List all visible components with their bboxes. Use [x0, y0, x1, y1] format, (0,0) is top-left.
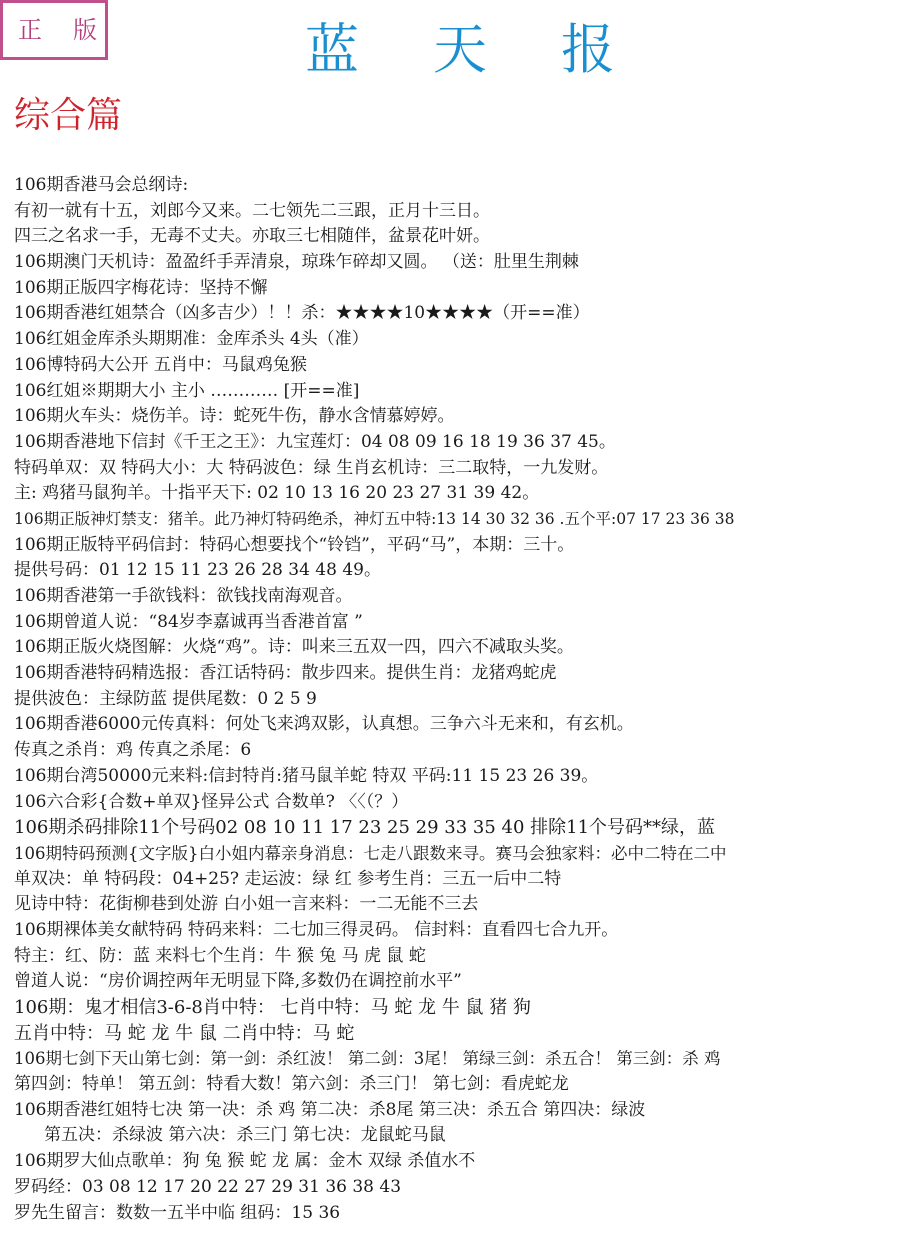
text-line: 见诗中特：花街柳巷到处游 白小姐一言来料：一二无能不三去 [14, 892, 900, 918]
badge-char-1: 正 [18, 18, 42, 42]
text-line: 106红姐金库杀头期期准：金库杀头 4头（准） [14, 327, 900, 353]
masthead-char-3: 报 [556, 23, 620, 77]
text-line: 传真之杀肖：鸡 传真之杀尾：6 [14, 738, 900, 764]
text-line: 提供号码：01 12 15 11 23 26 28 34 48 49。 [14, 558, 900, 584]
text-line: 106期曾道人说：“84岁李嘉诚再当香港首富 ” [14, 610, 900, 636]
text-line: 106期特码预测{文字版}白小姐内幕亲身消息：七走八跟数来寻。赛马会独家料：必中… [14, 841, 900, 867]
text-line: 106期正版火烧图解：火烧“鸡”。诗：叫来三五双一四，四六不减取头奖。 [14, 635, 900, 661]
text-line: 罗先生留言：数数一五半中临 组码：15 36 [14, 1201, 900, 1227]
text-line: 第四剑：特单！ 第五剑：特看大数！第六剑：杀三门！ 第七剑：看虎蛇龙 [14, 1072, 900, 1098]
text-line: 五肖中特：马 蛇 龙 牛 鼠 二肖中特：马 蛇 [14, 1021, 900, 1047]
text-line: 106期香港第一手欲钱料：欲钱找南海观音。 [14, 584, 900, 610]
masthead-char-2: 天 [428, 23, 492, 77]
text-line: 106期香港马会总纲诗: [14, 173, 900, 199]
text-line: 106期正版四字梅花诗：坚持不懈 [14, 276, 900, 302]
text-line: 四三之名求一手，无毒不丈夫。亦取三七相随伴，盆景花叶妍。 [14, 224, 900, 250]
text-line: 第五决：杀绿波 第六决：杀三门 第七决：龙鼠蛇马鼠 [14, 1123, 900, 1149]
text-line: 106期杀码排除11个号码02 08 10 11 17 23 25 29 33 … [14, 815, 900, 841]
section-heading: 综合篇 [14, 98, 122, 134]
text-line: 106红姐※期期大小 主小 ………… [开==准] [14, 379, 900, 405]
masthead-char-1: 蓝 [300, 23, 364, 77]
badge-char-2: 版 [73, 18, 97, 42]
text-line: 曾道人说：“房价调控两年无明显下降,多数仍在调控前水平” [14, 969, 900, 995]
text-line: 106期裸体美女献特码 特码来料：二七加三得灵码。 信封料：直看四七合九开。 [14, 918, 900, 944]
text-line: 106期七剑下天山第七剑：第一剑：杀红波！ 第二剑：3尾！ 第绿三剑：杀五合！ … [14, 1046, 900, 1072]
text-line: 106期香港红姐特七决 第一决：杀 鸡 第二决：杀8尾 第三决：杀五合 第四决：… [14, 1098, 900, 1124]
text-line: 106博特码大公开 五肖中：马鼠鸡兔猴 [14, 353, 900, 379]
text-line: 106期台湾50000元来料:信封特肖:猪马鼠羊蛇 特双 平码:11 15 23… [14, 764, 900, 790]
text-line: 106六合彩{合数+单双}怪异公式 合数单? 〈〈（？） [14, 790, 900, 816]
text-line: 106期：鬼才相信3-6-8肖中特： 七肖中特：马 蛇 龙 牛 鼠 猪 狗 [14, 995, 900, 1021]
text-line: 106期香港6000元传真料：何处飞来鸿双影，认真想。三争六斗无来和，有玄机。 [14, 712, 900, 738]
text-line: 106期罗大仙点歌单：狗 兔 猴 蛇 龙 属：金木 双绿 杀值水不 [14, 1149, 900, 1175]
text-line: 106期正版神灯禁支：猪羊。此乃神灯特码绝杀，神灯五中特:13 14 30 32… [14, 507, 900, 533]
text-line: 106期澳门天机诗：盈盈纤手弄清泉，琼珠乍碎却又圆。 （送：肚里生荆棘 [14, 250, 900, 276]
text-line: 有初一就有十五，刘郎今又来。二七领先二三跟，正月十三日。 [14, 199, 900, 225]
edition-badge: 正 版 [0, 0, 108, 60]
text-line: 罗码经：03 08 12 17 20 22 27 29 31 36 38 43 [14, 1175, 900, 1201]
article-body: 106期香港马会总纲诗: 有初一就有十五，刘郎今又来。二七领先二三跟，正月十三日… [14, 173, 900, 1226]
text-line: 主: 鸡猪马鼠狗羊。十指平天下: 02 10 13 16 20 23 27 31… [14, 481, 900, 507]
text-line: 特主：红、防：蓝 来料七个生肖：牛 猴 兔 马 虎 鼠 蛇 [14, 944, 900, 970]
text-line: 单双决：单 特码段：04+25? 走运波：绿 红 参考生肖：三五一后中二特 [14, 867, 900, 893]
text-line: 提供波色：主绿防蓝 提供尾数：0 2 5 9 [14, 687, 900, 713]
text-line: 106期香港红姐禁合（凶多吉少）！！杀：★★★★10★★★★（开==准） [14, 301, 900, 327]
text-line: 106期正版特平码信封：特码心想要找个“铃铛”，平码“马”，本期：三十。 [14, 533, 900, 559]
text-line: 特码单双：双 特码大小：大 特码波色：绿 生肖玄机诗：三二取特，一九发财。 [14, 456, 900, 482]
text-line: 106期香港特码精选报：香江话特码：散步四来。提供生肖：龙猪鸡蛇虎 [14, 661, 900, 687]
masthead-title: 蓝 天 报 [300, 18, 620, 82]
text-line: 106期火车头：烧伤羊。诗：蛇死牛伤，静水含情慕婷婷。 [14, 404, 900, 430]
text-line: 106期香港地下信封《千王之王》：九宝莲灯：04 08 09 16 18 19 … [14, 430, 900, 456]
